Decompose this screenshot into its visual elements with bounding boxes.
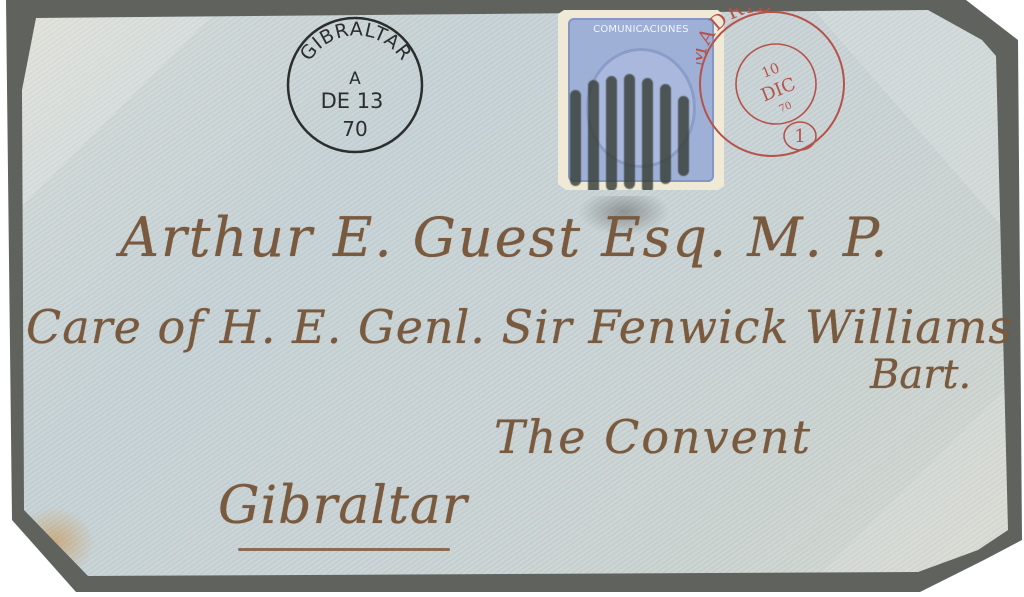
address-line-title: Bart. (870, 352, 971, 398)
gibraltar-year: 70 (342, 117, 367, 141)
address-line-care-of: Care of H. E. Genl. Sir Fenwick Williams (26, 300, 1013, 354)
svg-text:GIBRALTAR: GIBRALTAR (296, 18, 417, 65)
gibraltar-line1: A (349, 69, 361, 89)
madrid-code: 1 (794, 126, 805, 147)
address-line-addressee: Arthur E. Guest Esq. M. P. (120, 206, 889, 269)
madrid-arc-text: MADRID (696, 8, 775, 69)
stamp-inscription: COMUNICACIONES (568, 24, 714, 35)
grill-cancellation (566, 72, 696, 192)
gibraltar-arc-text: GIBRALTAR (296, 18, 417, 65)
gibraltar-date: DE 13 (321, 89, 384, 113)
madrid-postmark: MADRID 10 DIC 70 1 (696, 8, 848, 160)
madrid-year: 70 (778, 100, 794, 115)
city-underline (238, 548, 450, 551)
address-line-city: Gibraltar (218, 476, 468, 536)
envelope (18, 10, 1014, 580)
fold-shading (18, 10, 238, 230)
gibraltar-postmark: GIBRALTAR A DE 13 70 (284, 14, 426, 156)
address-line-building: The Convent (494, 410, 812, 464)
svg-text:MADRID: MADRID (696, 8, 775, 69)
